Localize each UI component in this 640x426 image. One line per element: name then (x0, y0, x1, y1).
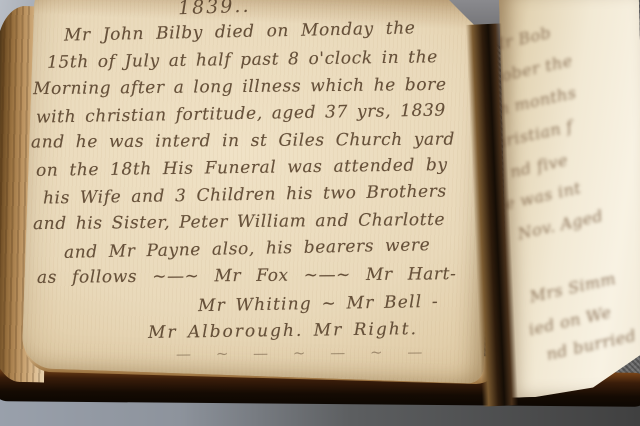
left-page (21, 0, 496, 384)
right-page-line: Mrs Simm (528, 269, 618, 307)
right-page-line: nd five (508, 150, 569, 181)
right-page-line: n months (496, 83, 578, 119)
right-page-line: e was int (503, 178, 583, 213)
right-page-line: Nov. Aged (516, 206, 605, 243)
right-page: Mr Bob ctober the n months hristian f nd… (499, 0, 640, 398)
manuscript-photo: Mr Bob ctober the n months hristian f nd… (0, 0, 640, 426)
